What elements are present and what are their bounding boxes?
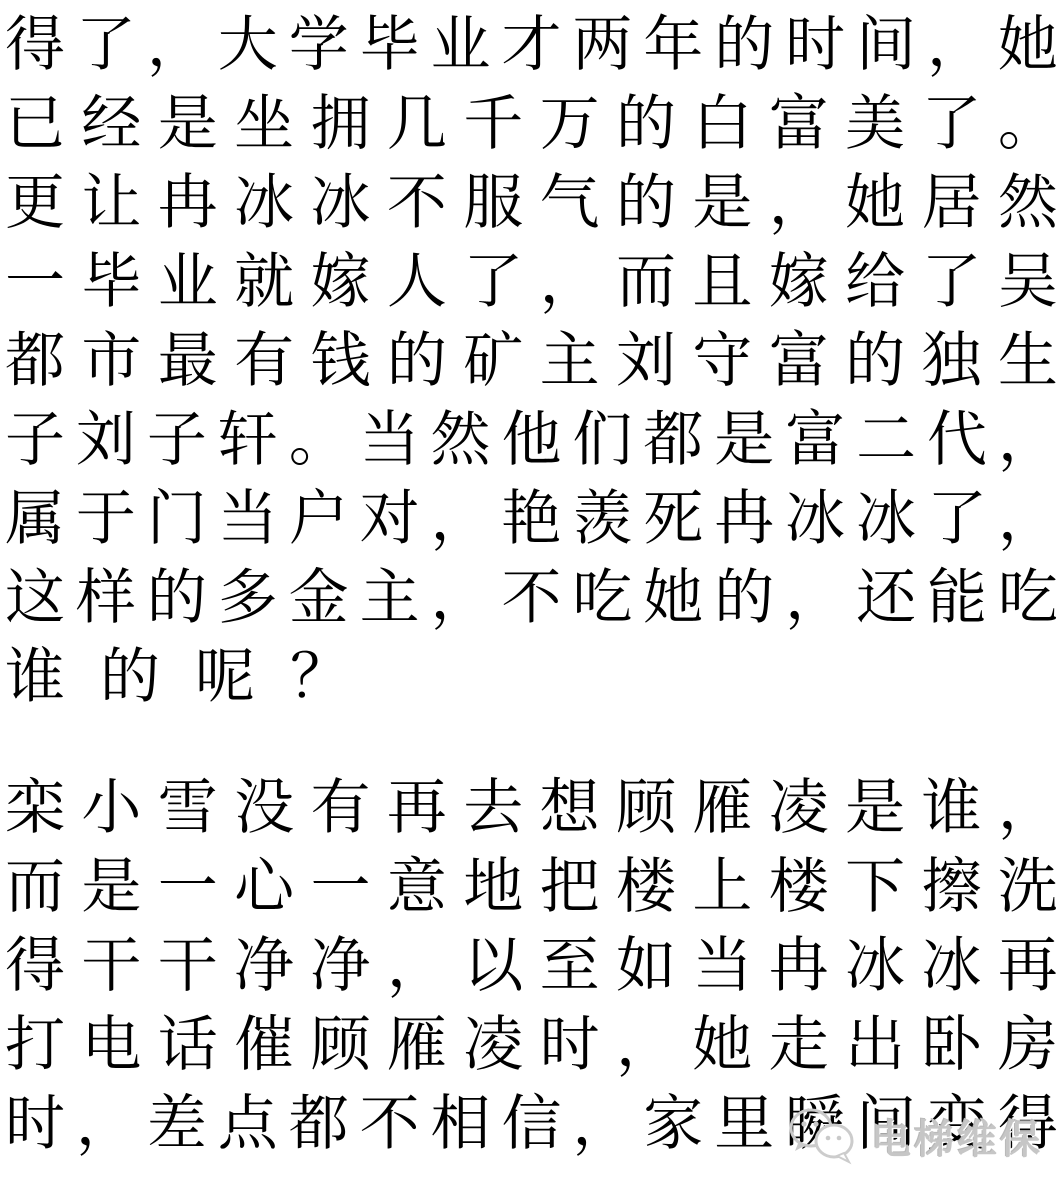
text-block: 得了，大学毕业才两年的时间，她 已经是坐拥几千万的白富美了。 更让冉冰冰不服气的… [5, 6, 1058, 1164]
paragraph-1: 得了，大学毕业才两年的时间，她 已经是坐拥几千万的白富美了。 更让冉冰冰不服气的… [5, 6, 1058, 717]
text-line: 时，差点都不相信，家里瞬间变得 [5, 1085, 1058, 1164]
text-line: 这样的多金主，不吃她的，还能吃 [5, 559, 1058, 638]
text-line: 栾小雪没有再去想顾雁凌是谁， [5, 769, 1058, 848]
text-line: 谁的呢？ [5, 638, 1058, 717]
page: 得了，大学毕业才两年的时间，她 已经是坐拥几千万的白富美了。 更让冉冰冰不服气的… [0, 0, 1063, 1181]
text-line: 已经是坐拥几千万的白富美了。 [5, 85, 1058, 164]
text-line: 更让冉冰冰不服气的是，她居然 [5, 164, 1058, 243]
paragraph-2: 栾小雪没有再去想顾雁凌是谁， 而是一心一意地把楼上楼下擦洗 得干干净净，以至如当… [5, 769, 1058, 1164]
text-line: 都市最有钱的矿主刘守富的独生 [5, 322, 1058, 401]
text-line: 而是一心一意地把楼上楼下擦洗 [5, 848, 1058, 927]
text-line: 得了，大学毕业才两年的时间，她 [5, 6, 1058, 85]
text-line: 得干干净净，以至如当冉冰冰再 [5, 927, 1058, 1006]
text-line: 属于门当户对，艳羡死冉冰冰了， [5, 480, 1058, 559]
text-line: 打电话催顾雁凌时，她走出卧房 [5, 1006, 1058, 1085]
text-line: 一毕业就嫁人了，而且嫁给了吴 [5, 243, 1058, 322]
text-line: 子刘子轩。当然他们都是富二代， [5, 401, 1058, 480]
